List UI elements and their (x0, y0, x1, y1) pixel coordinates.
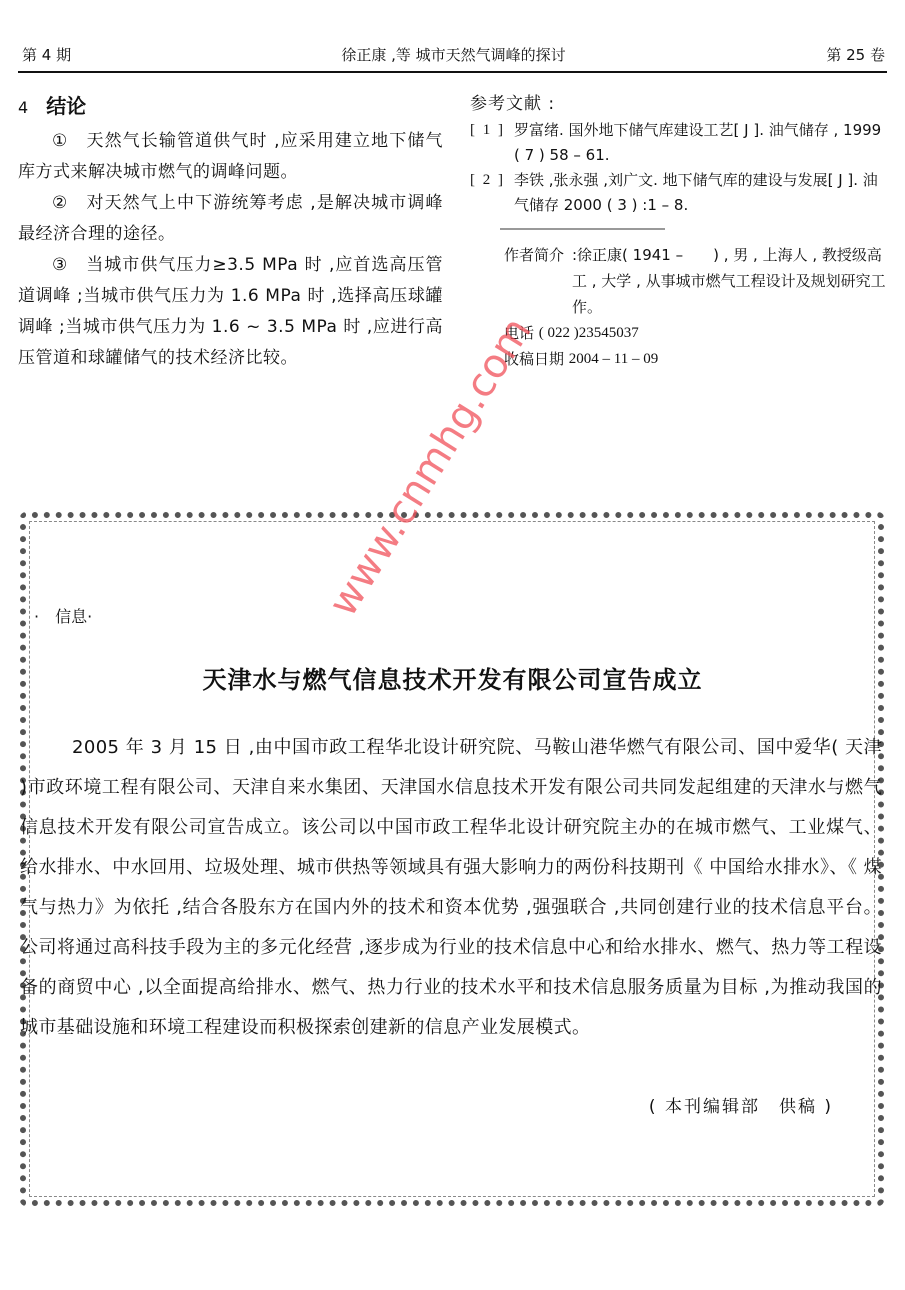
section-heading: 4结论 (18, 92, 443, 120)
footnote-rule (500, 228, 665, 230)
section-tag: · 信息· (34, 604, 92, 627)
author-bio: 作者简介 :徐正康( 1941 – ) , 男 , 上海人 , 教授级高工 , … (504, 242, 890, 372)
section-number: 4 (18, 98, 28, 117)
references-section: 参考文献 : [ 1 ] 罗富绪. 国外地下储气库建设工艺[ J ]. 油气储存… (470, 92, 890, 372)
header-rule (18, 71, 887, 73)
references-title: 参考文献 : (470, 92, 890, 116)
notice-paragraph: 2005 年 3 月 15 日 ,由中国市政工程华北设计研究院、马鞍山港华燃气有… (20, 728, 882, 1048)
conclusion-point-3: ③ 当城市供气压力≥3.5 MPa 时 ,应首选高压管道调峰 ;当城市供气压力为… (18, 250, 443, 374)
notice-credit: ( 本刊编辑部 供稿 ) (649, 1092, 833, 1117)
bio-text: :徐正康( 1941 – ) , 男 , 上海人 , 教授级高工 , 大学 , … (572, 242, 890, 320)
notice-title: 天津水与燃气信息技术开发有限公司宣告成立 (0, 660, 905, 695)
reference-tag: [ 2 ] (470, 168, 514, 218)
conclusion-point-1: ① 天然气长输管道供气时 ,应采用建立地下储气库方式来解决城市燃气的调峰问题。 (18, 126, 443, 188)
section-title: 结论 (46, 94, 86, 118)
conclusion-section: 4结论 ① 天然气长输管道供气时 ,应采用建立地下储气库方式来解决城市燃气的调峰… (18, 92, 443, 374)
received-date: 2004 – 11 – 09 (569, 346, 658, 372)
reference-text: 李铁 ,张永强 ,刘广文. 地下储气库的建设与发展[ J ]. 油气储存 200… (514, 168, 890, 218)
bio-label: 作者简介 (504, 242, 572, 320)
article-running-title: 徐正康 ,等 城市天然气调峰的探讨 (22, 44, 885, 65)
phone-value: ( 022 )23545037 (539, 320, 639, 346)
reference-tag: [ 1 ] (470, 118, 514, 168)
conclusion-point-2: ② 对天然气上中下游统筹考虑 ,是解决城市调峰最经济合理的途径。 (18, 188, 443, 250)
reference-text: 罗富绪. 国外地下储气库建设工艺[ J ]. 油气储存 , 1999 ( 7 )… (514, 118, 890, 168)
reference-item: [ 1 ] 罗富绪. 国外地下储气库建设工艺[ J ]. 油气储存 , 1999… (470, 118, 890, 168)
received-label: 收稿日期 (504, 346, 564, 372)
notice-body: 2005 年 3 月 15 日 ,由中国市政工程华北设计研究院、马鞍山港华燃气有… (20, 728, 882, 1048)
running-header: 第 4 期 徐正康 ,等 城市天然气调峰的探讨 第 25 卷 (22, 44, 885, 70)
reference-item: [ 2 ] 李铁 ,张永强 ,刘广文. 地下储气库的建设与发展[ J ]. 油气… (470, 168, 890, 218)
phone-label: 电话 (504, 320, 534, 346)
volume-number: 第 25 卷 (826, 44, 885, 65)
